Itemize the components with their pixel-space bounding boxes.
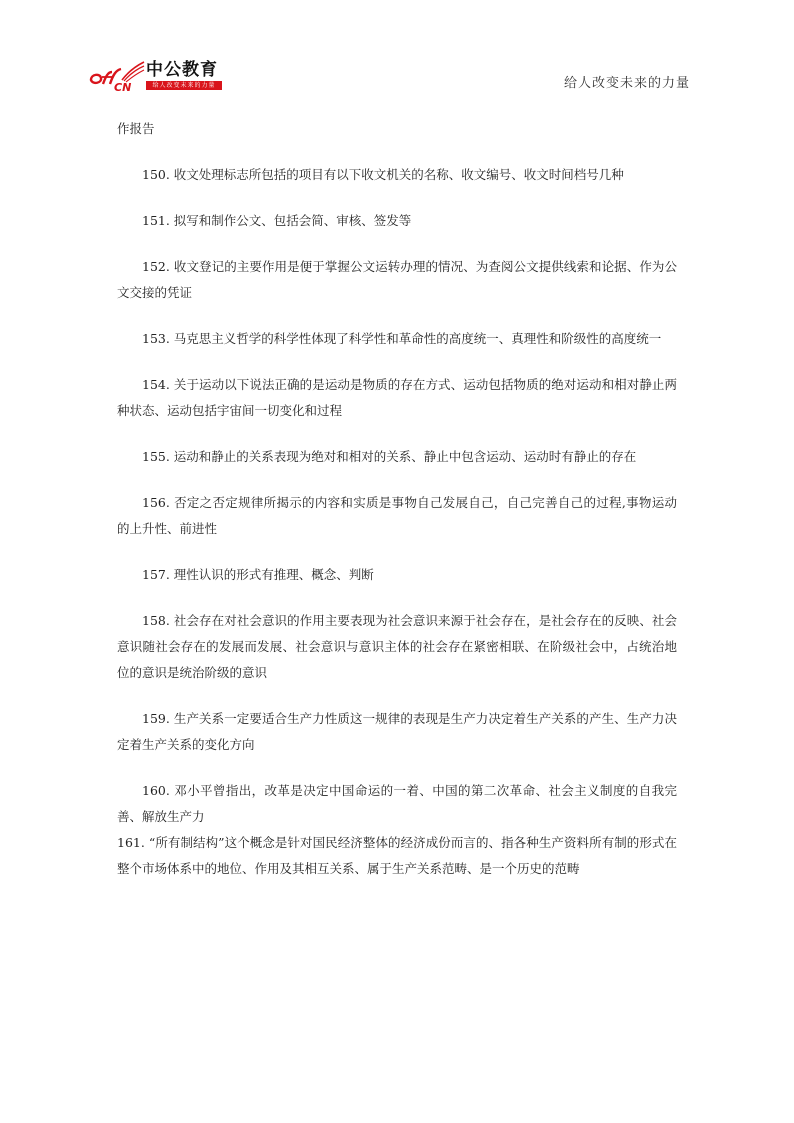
- paragraph-154: 154. 关于运动以下说法正确的是运动是物质的存在方式、运动包括物质的绝对运动和…: [117, 372, 677, 424]
- paragraph-153: 153. 马克思主义哲学的科学性体现了科学性和革命性的高度统一、真理性和阶级性的…: [117, 326, 677, 352]
- page-header: CN 中公教育 给人改变未来的力量 给人改变未来的力量: [0, 0, 794, 100]
- paragraph-159: 159. 生产关系一定要适合生产力性质这一规律的表现是生产力决定着生产关系的产生…: [117, 706, 677, 758]
- paragraph-161: 161. “所有制结构”这个概念是针对国民经济整体的经济成份而言的、指各种生产资…: [117, 830, 677, 882]
- paragraph-152: 152. 收文登记的主要作用是便于掌握公文运转办理的情况、为查阅公文提供线索和论…: [117, 254, 677, 306]
- paragraph-157: 157. 理性认识的形式有推理、概念、判断: [117, 562, 677, 588]
- offcn-logo: CN 中公教育 给人改变未来的力量: [88, 60, 228, 92]
- logo-brand-name: 中公教育: [146, 60, 218, 80]
- offcn-logo-mark-icon: CN: [88, 60, 146, 92]
- header-tagline: 给人改变未来的力量: [564, 72, 690, 91]
- logo-slogan: 给人改变未来的力量: [146, 81, 222, 90]
- paragraph-156: 156. 否定之否定规律所揭示的内容和实质是事物自己发展自己，自己完善自己的过程…: [117, 490, 677, 542]
- paragraph-150: 150. 收文处理标志所包括的项目有以下收文机关的名称、收文编号、收文时间档号几…: [117, 162, 677, 188]
- document-body: 作报告 150. 收文处理标志所包括的项目有以下收文机关的名称、收文编号、收文时…: [117, 116, 677, 902]
- paragraph-155: 155. 运动和静止的关系表现为绝对和相对的关系、静止中包含运动、运动时有静止的…: [117, 444, 677, 470]
- paragraph-continuation: 作报告: [117, 116, 677, 142]
- paragraph-160: 160. 邓小平曾指出，改革是决定中国命运的一着、中国的第二次革命、社会主义制度…: [117, 778, 677, 830]
- svg-text:CN: CN: [114, 81, 131, 92]
- paragraph-158: 158. 社会存在对社会意识的作用主要表现为社会意识来源于社会存在，是社会存在的…: [117, 608, 677, 686]
- paragraph-151: 151. 拟写和制作公文、包括会简、审核、签发等: [117, 208, 677, 234]
